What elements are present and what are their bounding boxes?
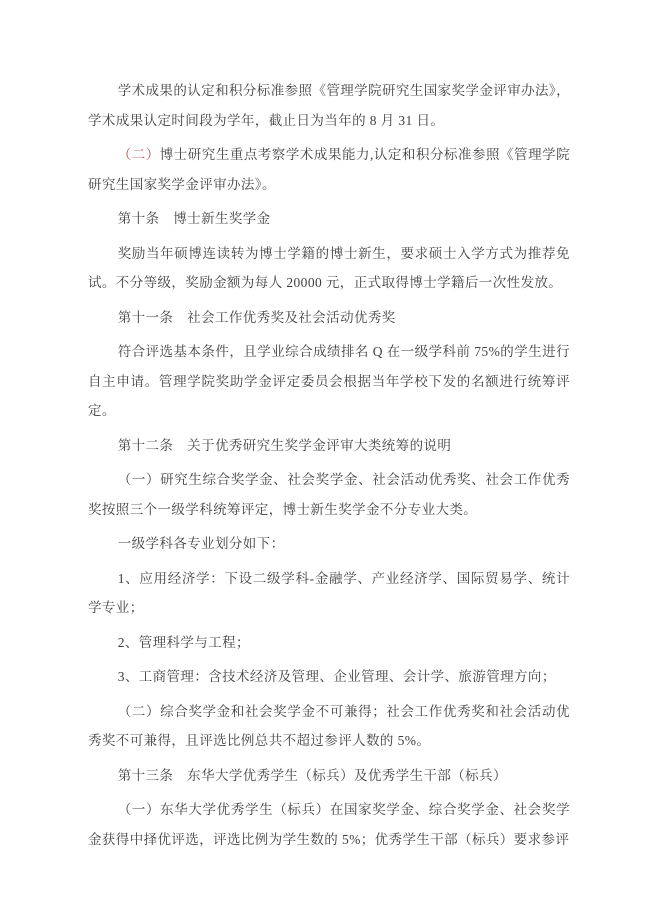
heading-article-12-text: 第十二条 关于优秀研究生奖学金评审大类统筹的说明: [118, 438, 452, 453]
paragraph-article-12-item-2-text: （二）综合奖学金和社会奖学金不可兼得；社会工作优秀奖和社会活动优秀奖不可兼得，且…: [88, 704, 570, 749]
paragraph-article-10-body-text: 奖励当年硕博连读转为博士学籍的博士新生，要求硕士入学方式为推荐免试。不分等级，奖…: [88, 246, 570, 291]
list-item-business-administration-text: 3、工商管理：含技术经济及管理、企业管理、会计学、旅游管理方向；: [118, 669, 556, 684]
paragraph-article-12-item-1: （一）研究生综合奖学金、社会奖学金、社会活动优秀奖、社会工作优秀奖按照三个一级学…: [88, 465, 570, 524]
list-item-business-administration: 3、工商管理：含技术经济及管理、企业管理、会计学、旅游管理方向；: [88, 662, 570, 692]
list-item-applied-economics: 1、应用经济学：下设二级学科-金融学、产业经济学、国际贸易学、统计学专业；: [88, 564, 570, 623]
paragraph-doctoral-assessment: （二）博士研究生重点考察学术成果能力,认定和积分标准参照《管理学院研究生国家奖学…: [88, 140, 570, 199]
paragraph-doctoral-assessment-text: 博士研究生重点考察学术成果能力,认定和积分标准参照《管理学院研究生国家奖学金评审…: [88, 147, 570, 192]
heading-article-10: 第十条 博士新生奖学金: [88, 204, 570, 234]
heading-article-11: 第十一条 社会工作优秀奖及社会活动优秀奖: [88, 303, 570, 333]
heading-article-13: 第十三条 东华大学优秀学生（标兵）及优秀学生干部（标兵）: [88, 761, 570, 791]
paragraph-article-11-body: 符合评选基本条件，且学业综合成绩排名 Q 在一级学科前 75%的学生进行自主申请…: [88, 337, 570, 426]
heading-article-10-text: 第十条 博士新生奖学金: [118, 211, 271, 226]
paragraph-article-10-body: 奖励当年硕博连读转为博士学籍的博士新生，要求硕士入学方式为推荐免试。不分等级，奖…: [88, 239, 570, 298]
paragraph-discipline-division-intro: 一级学科各专业划分如下：: [88, 529, 570, 559]
heading-article-11-text: 第十一条 社会工作优秀奖及社会活动优秀奖: [118, 310, 396, 325]
paragraph-article-11-body-text: 符合评选基本条件，且学业综合成绩排名 Q 在一级学科前 75%的学生进行自主申请…: [88, 344, 570, 418]
paragraph-discipline-division-intro-text: 一级学科各专业划分如下：: [118, 536, 285, 551]
list-item-management-science-text: 2、管理科学与工程；: [118, 635, 250, 650]
paragraph-academic-recognition-text: 学术成果的认定和积分标准参照《管理学院研究生国家奖学金评审办法》，学术成果认定时…: [88, 83, 570, 128]
heading-article-12: 第十二条 关于优秀研究生奖学金评审大类统筹的说明: [88, 431, 570, 461]
heading-article-13-text: 第十三条 东华大学优秀学生（标兵）及优秀学生干部（标兵）: [118, 768, 507, 783]
paragraph-article-13-item-1: （一）东华大学优秀学生（标兵）在国家奖学金、综合奖学金、社会奖学金获得中择优评选…: [88, 795, 570, 854]
list-item-applied-economics-text: 1、应用经济学：下设二级学科-金融学、产业经济学、国际贸易学、统计学专业；: [88, 571, 570, 616]
paragraph-article-12-item-2: （二）综合奖学金和社会奖学金不可兼得；社会工作优秀奖和社会活动优秀奖不可兼得，且…: [88, 697, 570, 756]
paragraph-academic-recognition: 学术成果的认定和积分标准参照《管理学院研究生国家奖学金评审办法》，学术成果认定时…: [88, 76, 570, 135]
clause-2-red-marker: （二）: [118, 147, 160, 162]
list-item-management-science: 2、管理科学与工程；: [88, 628, 570, 658]
paragraph-article-12-item-1-text: （一）研究生综合奖学金、社会奖学金、社会活动优秀奖、社会工作优秀奖按照三个一级学…: [88, 472, 570, 517]
document-page: 学术成果的认定和积分标准参照《管理学院研究生国家奖学金评审办法》，学术成果认定时…: [0, 0, 650, 919]
paragraph-article-13-item-1-text: （一）东华大学优秀学生（标兵）在国家奖学金、综合奖学金、社会奖学金获得中择优评选…: [88, 802, 570, 847]
